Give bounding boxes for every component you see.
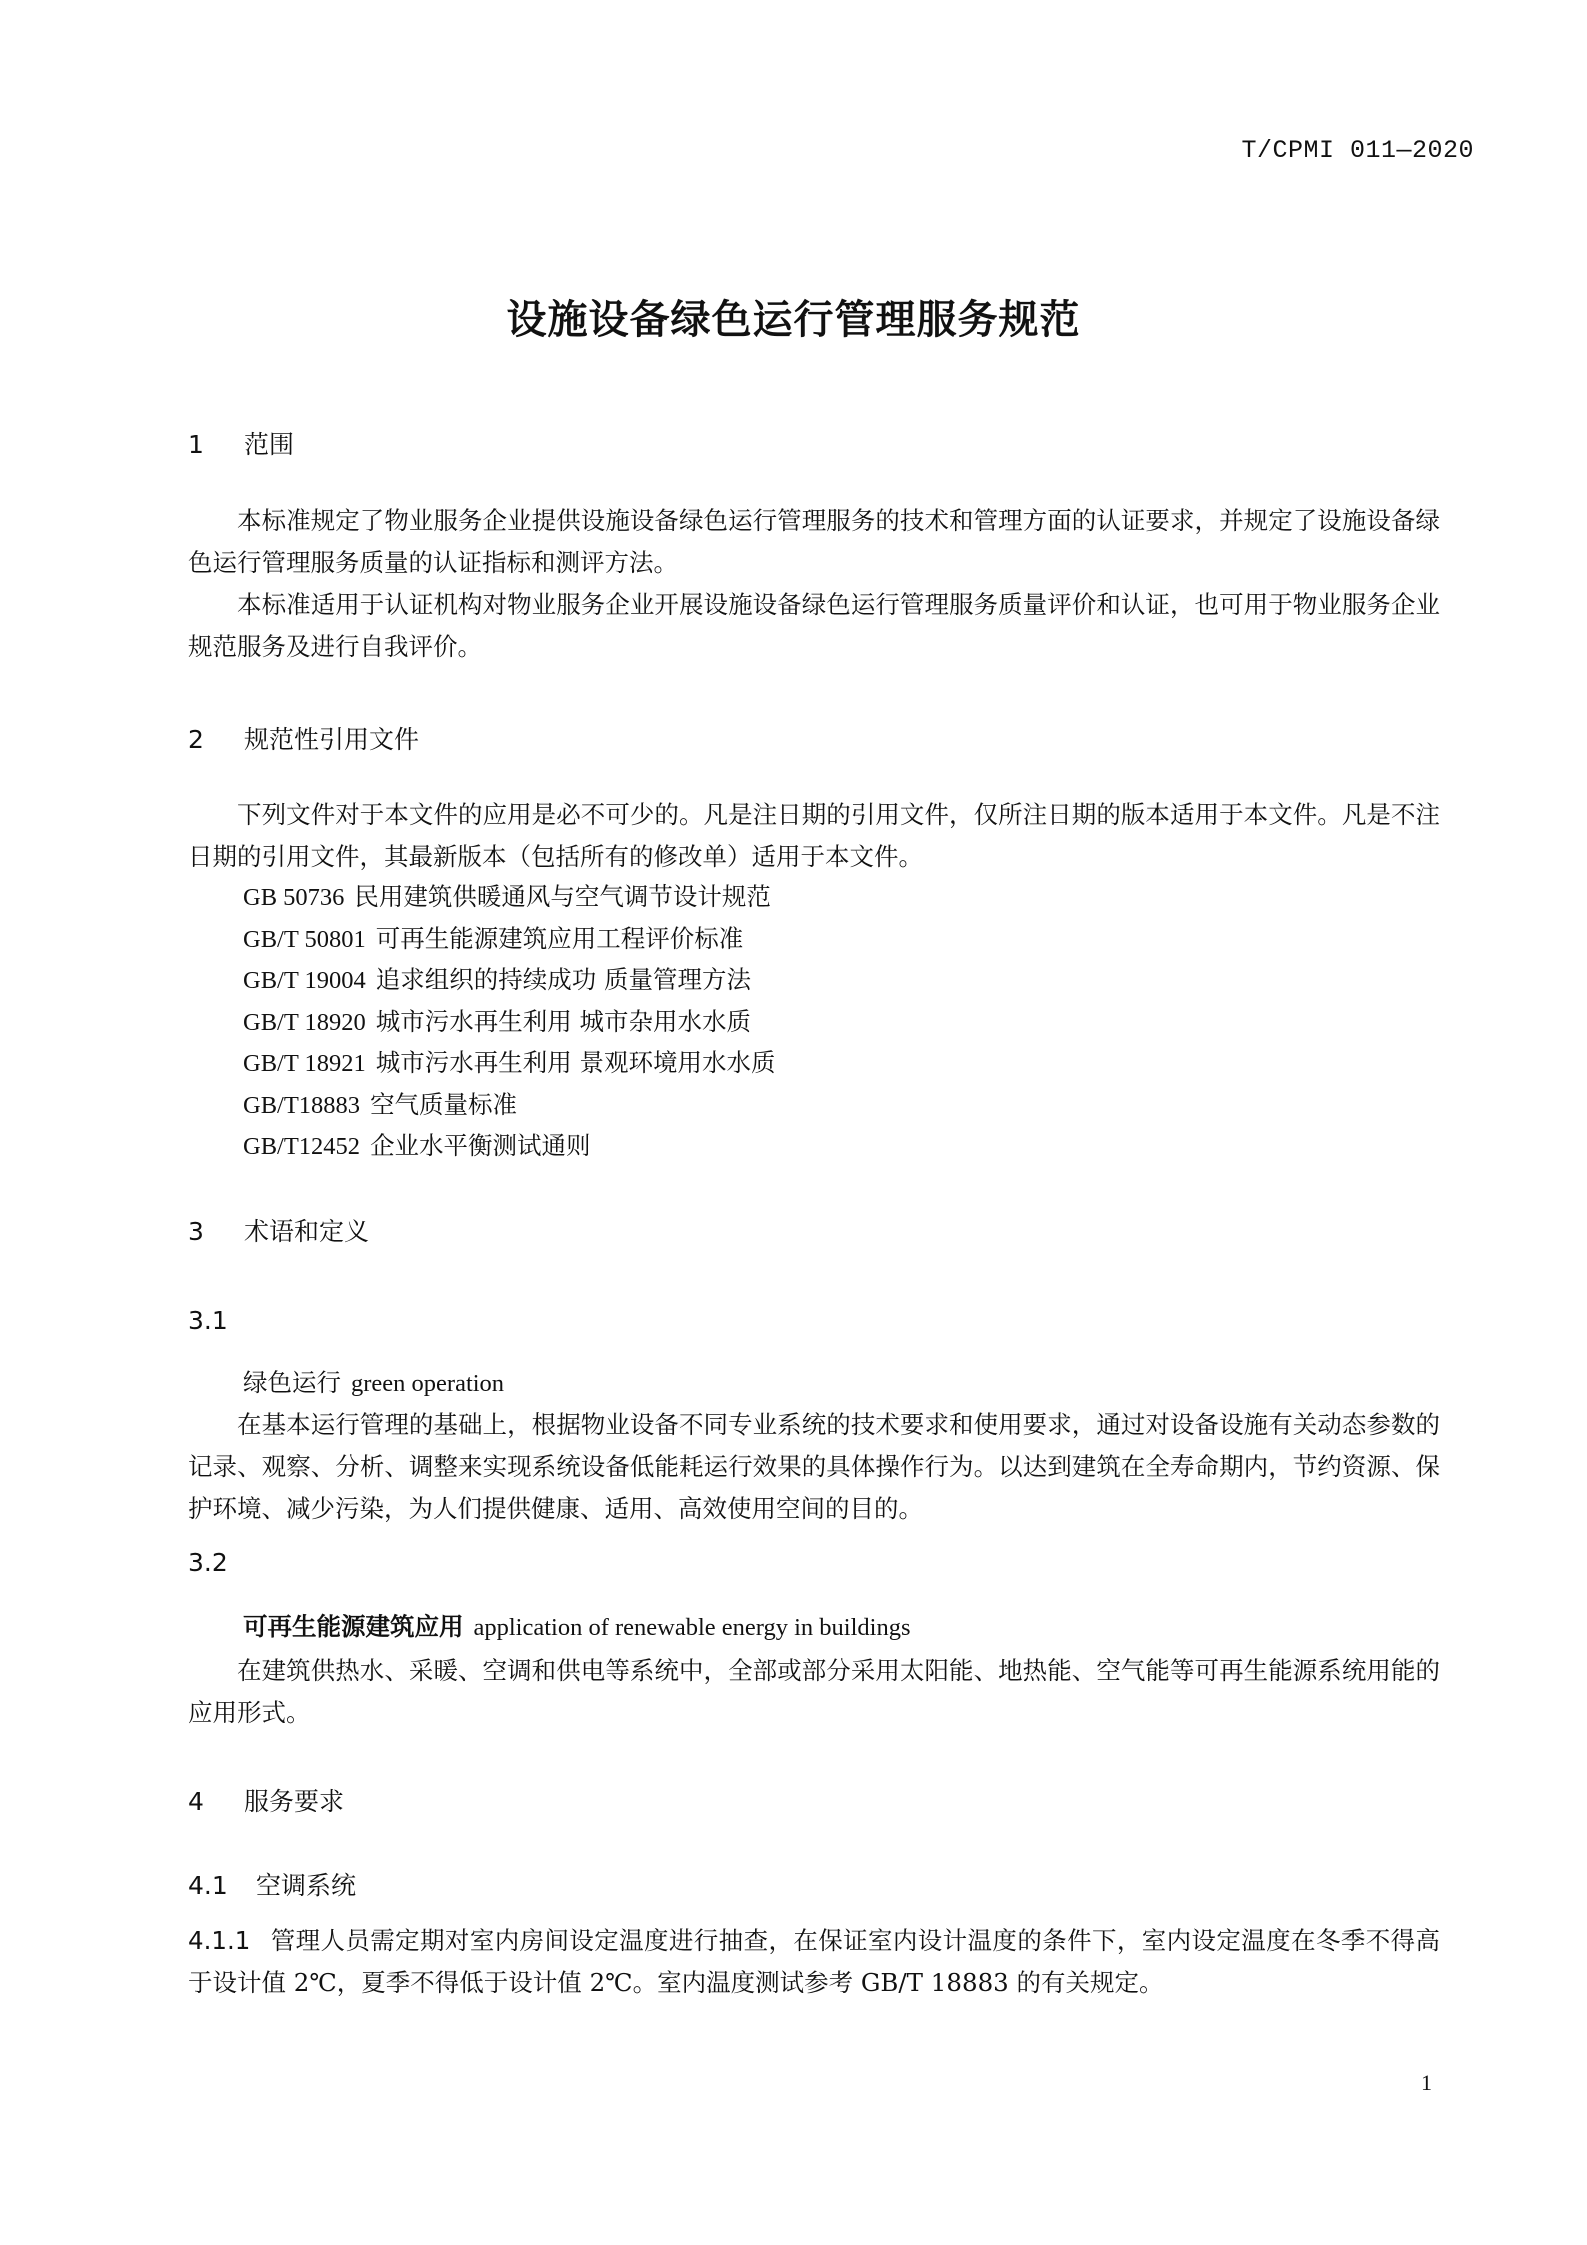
clause-text: 管理人员需定期对室内房间设定温度进行抽查，在保证室内设计温度的条件下，室内设定温… [188, 1926, 1440, 1997]
section-number: 1 [188, 430, 244, 459]
page-number: 1 [1421, 2070, 1432, 2096]
section-title: 术语和定义 [244, 1217, 369, 1246]
document-page: T/CPMI 011—2020 设施设备绿色运行管理服务规范 1范围 本标准规定… [0, 0, 1587, 2245]
section-number: 3 [188, 1217, 244, 1246]
subsection-title: 空调系统 [256, 1871, 356, 1900]
section-3-heading: 3术语和定义 [188, 1212, 369, 1248]
clause-number: 4.1.1 [188, 1926, 250, 1955]
term-3-1-definition: 在基本运行管理的基础上，根据物业设备不同专业系统的技术要求和使用要求，通过对设备… [188, 1404, 1440, 1530]
scope-paragraph-2: 本标准适用于认证机构对物业服务企业开展设施设备绿色运行管理服务质量评价和认证，也… [188, 584, 1440, 668]
section-number: 4 [188, 1787, 244, 1816]
term-3-1-number: 3.1 [188, 1306, 228, 1335]
scope-paragraph-1: 本标准规定了物业服务企业提供设施设备绿色运行管理服务的技术和管理方面的认证要求，… [188, 500, 1440, 584]
section-title: 规范性引用文件 [244, 725, 419, 754]
reference-item: GB/T12452企业水平衡测试通则 [243, 1125, 776, 1167]
section-4-heading: 4服务要求 [188, 1782, 344, 1818]
section-number: 2 [188, 725, 244, 754]
subsection-number: 4.1 [188, 1871, 256, 1900]
section-1-heading: 1范围 [188, 425, 294, 461]
document-title: 设施设备绿色运行管理服务规范 [0, 288, 1587, 345]
section-title: 范围 [244, 430, 294, 459]
reference-item: GB/T 18920城市污水再生利用 城市杂用水水质 [243, 1001, 776, 1043]
reference-item: GB 50736民用建筑供暖通风与空气调节设计规范 [243, 876, 776, 918]
document-code: T/CPMI 011—2020 [1241, 136, 1474, 165]
reference-list: GB 50736民用建筑供暖通风与空气调节设计规范 GB/T 50801可再生能… [243, 876, 776, 1167]
term-3-2-number: 3.2 [188, 1548, 228, 1577]
term-3-2-title: 可再生能源建筑应用application of renewable energy… [243, 1608, 911, 1643]
section-title: 服务要求 [244, 1787, 344, 1816]
subsection-4-1-heading: 4.1空调系统 [188, 1866, 356, 1902]
reference-item: GB/T18883空气质量标准 [243, 1084, 776, 1126]
term-3-2-definition: 在建筑供热水、采暖、空调和供电等系统中，全部或部分采用太阳能、地热能、空气能等可… [188, 1650, 1440, 1734]
reference-item: GB/T 18921城市污水再生利用 景观环境用水水质 [243, 1042, 776, 1084]
reference-item: GB/T 19004追求组织的持续成功 质量管理方法 [243, 959, 776, 1001]
term-3-1-title: 绿色运行green operation [243, 1364, 504, 1399]
reference-item: GB/T 50801可再生能源建筑应用工程评价标准 [243, 918, 776, 960]
section-2-heading: 2规范性引用文件 [188, 720, 419, 756]
clause-4-1-1: 4.1.1管理人员需定期对室内房间设定温度进行抽查，在保证室内设计温度的条件下，… [188, 1920, 1440, 2004]
references-intro: 下列文件对于本文件的应用是必不可少的。凡是注日期的引用文件，仅所注日期的版本适用… [188, 794, 1440, 878]
